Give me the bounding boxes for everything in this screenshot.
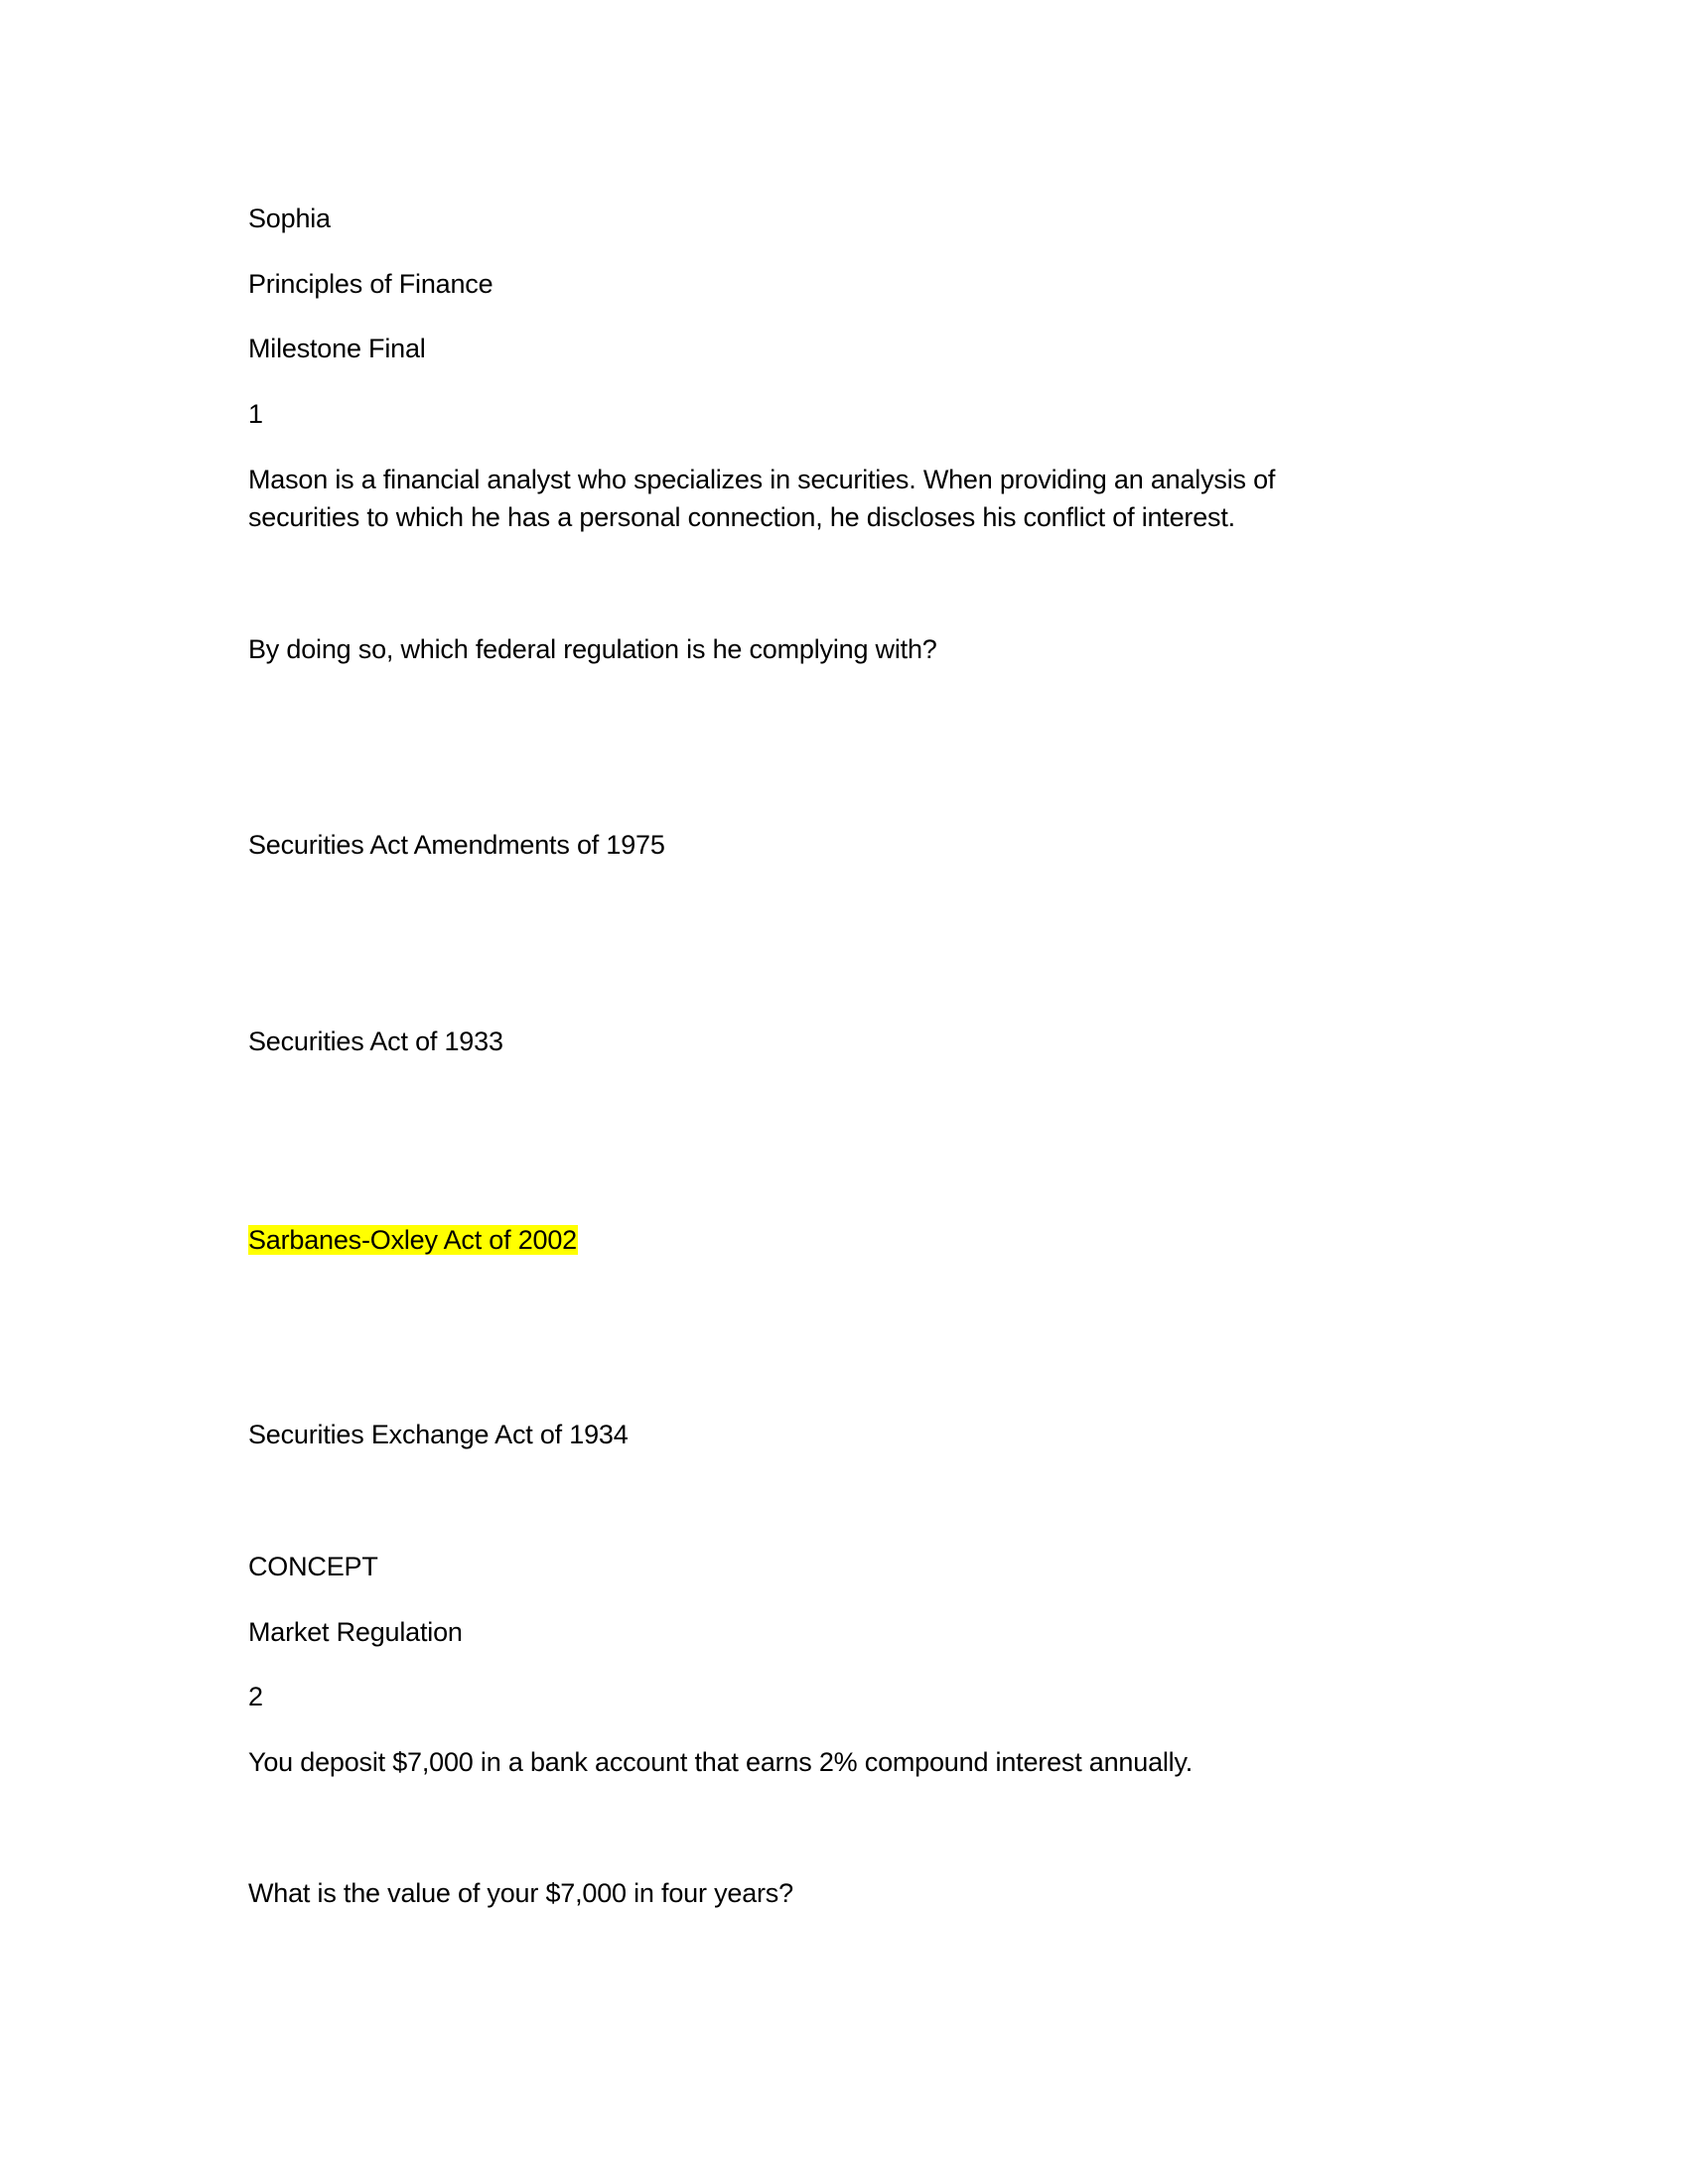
- course-title: Principles of Finance: [248, 265, 492, 303]
- question-prompt-line: Mason is a financial analyst who special…: [248, 461, 1275, 498]
- answer-option-label: Securities Act Amendments of 1975: [248, 830, 665, 860]
- answer-option: Securities Exchange Act of 1934: [248, 1416, 629, 1453]
- answer-option: Securities Act Amendments of 1975: [248, 826, 665, 864]
- question-number: 2: [248, 1678, 263, 1715]
- document-page: Sophia Principles of Finance Milestone F…: [0, 0, 1688, 2184]
- question-prompt-line: securities to which he has a personal co…: [248, 498, 1235, 536]
- answer-option-label: Securities Act of 1933: [248, 1026, 503, 1056]
- concept-value: Market Regulation: [248, 1613, 463, 1651]
- student-name: Sophia: [248, 200, 331, 237]
- question-text: By doing so, which federal regulation is…: [248, 630, 937, 668]
- question-prompt-line: You deposit $7,000 in a bank account tha…: [248, 1743, 1193, 1781]
- answer-option: Securities Act of 1933: [248, 1023, 503, 1060]
- highlighted-answer: Sarbanes-Oxley Act of 2002: [248, 1225, 578, 1255]
- answer-option-selected: Sarbanes-Oxley Act of 2002: [248, 1221, 578, 1259]
- concept-label: CONCEPT: [248, 1548, 378, 1585]
- question-text: What is the value of your $7,000 in four…: [248, 1874, 793, 1912]
- question-number: 1: [248, 395, 263, 433]
- answer-option-label: Securities Exchange Act of 1934: [248, 1420, 629, 1449]
- assignment-title: Milestone Final: [248, 330, 426, 367]
